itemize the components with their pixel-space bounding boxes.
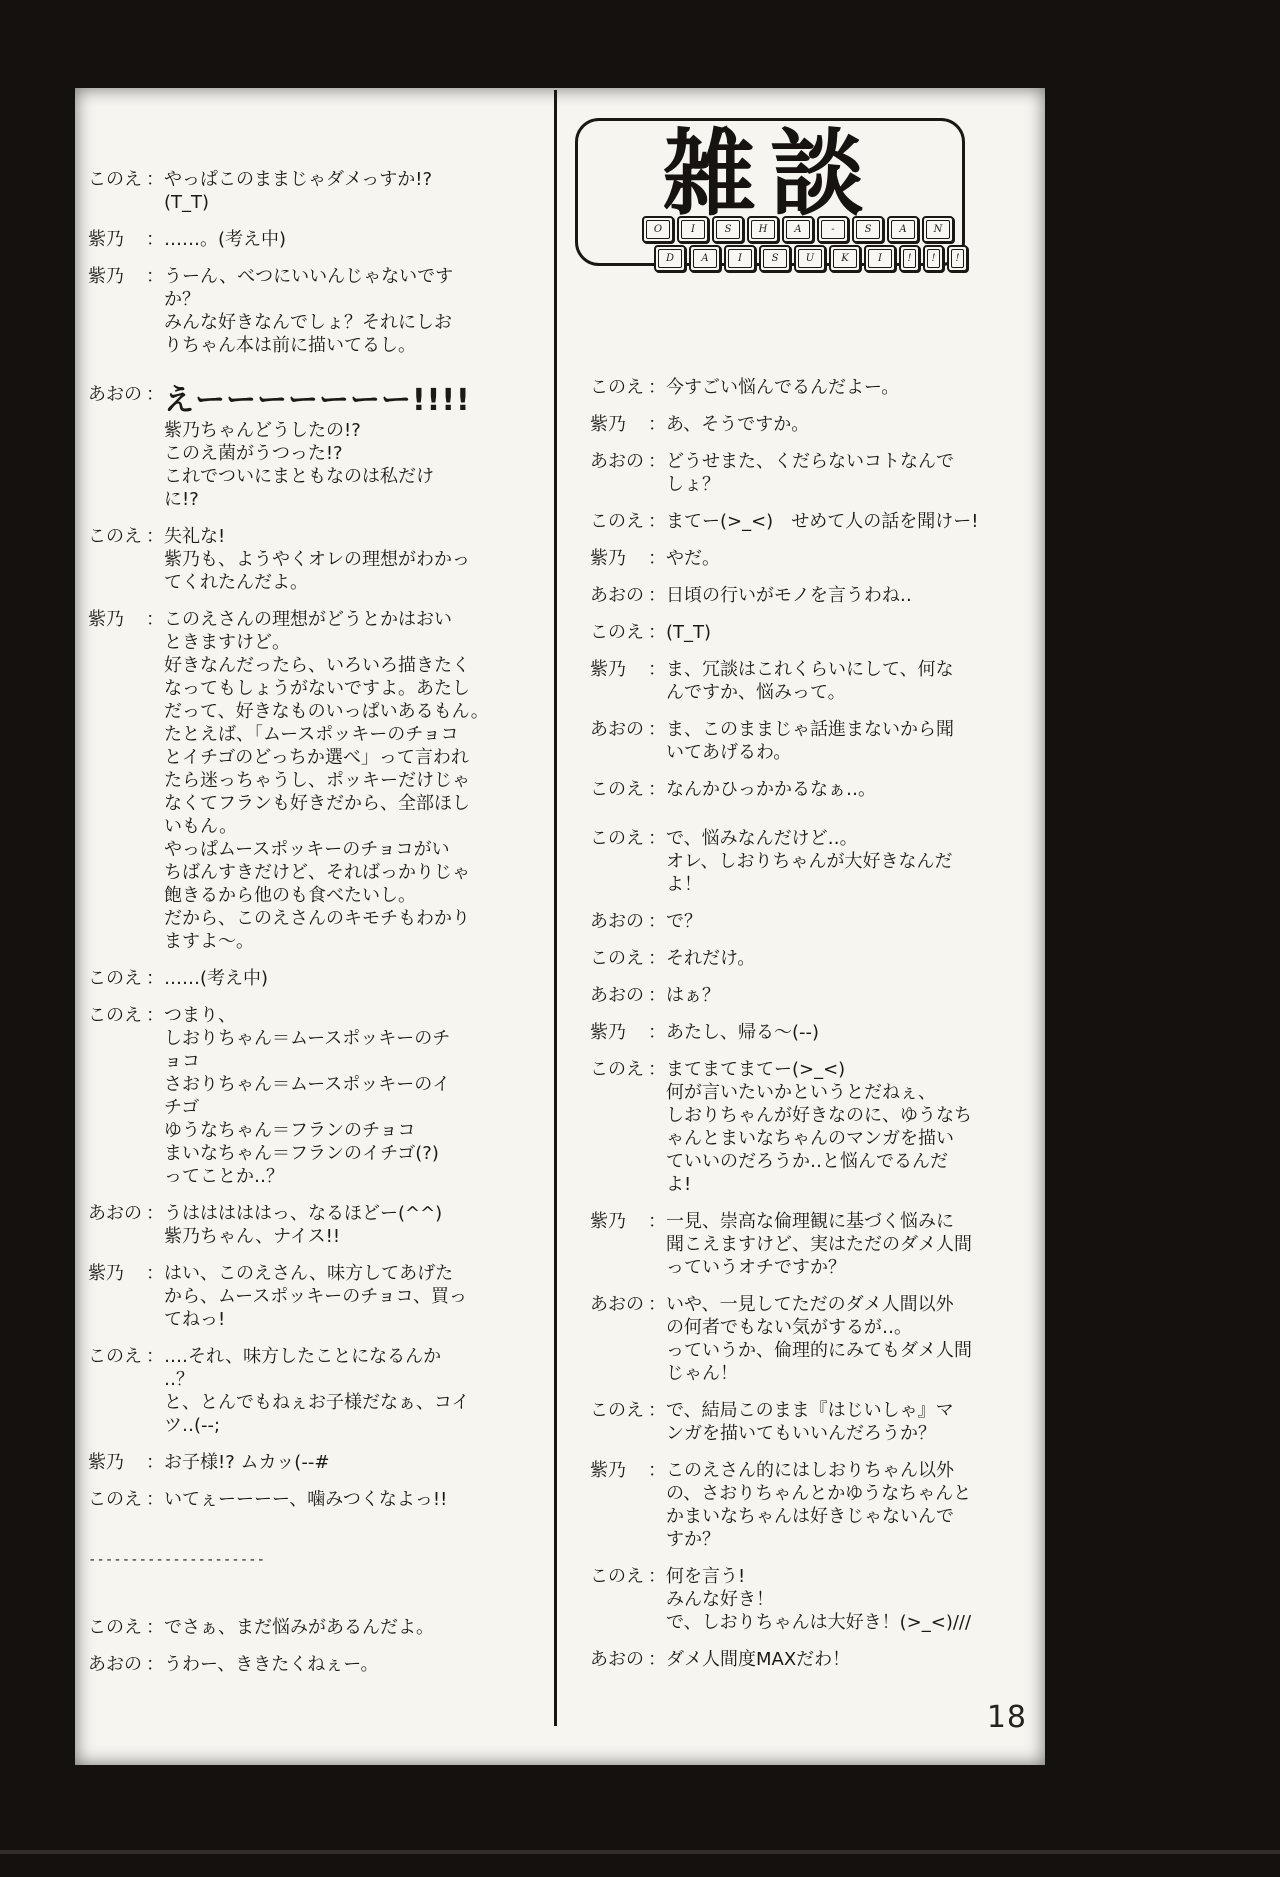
speaker-name: 紫乃 — [88, 608, 146, 953]
dialogue-line: しょ？ — [666, 473, 1045, 496]
speaker-colon: ： — [648, 718, 666, 764]
dialogue-text: ま、このままじゃ話進まないから聞いてあげるわ。 — [666, 718, 1045, 764]
dialogue-line: っていうか、倫理的にみてもダメ人間 — [666, 1339, 1045, 1362]
dialogue-line: じゃん！ — [666, 1362, 1045, 1385]
dialogue-text: いてぇーーーー、噛みつくなよっ!! — [164, 1488, 543, 1511]
speaker-name: このえ — [88, 1488, 146, 1511]
dialogue-entry: あおの：えーーーーーーー!!!!紫乃ちゃんどうしたの!?このえ菌がうつった!?こ… — [88, 383, 543, 511]
dialogue-entry: 紫乃：……。(考え中) — [88, 228, 543, 251]
keycap-icon: A — [887, 216, 919, 243]
keycap-icon: ! — [899, 245, 920, 272]
dialogue-text: うーん、べつにいいんじゃないですか？みんな好きなんでしょ？それにしおりちゃん本は… — [164, 265, 543, 357]
dialogue-text: 日頃の行いがモノを言うわね‥ — [666, 584, 1045, 607]
dialogue-entry: 紫乃：あ、そうですか。 — [590, 413, 1045, 436]
speaker-colon: ： — [648, 1210, 666, 1279]
speaker-colon: ： — [146, 1653, 164, 1676]
speaker-name: このえ — [590, 1399, 648, 1445]
dialogue-entry: あおの：うはははははっ、なるほどー(^^)紫乃ちゃん、ナイス!! — [88, 1202, 543, 1248]
keycap-icon: A — [782, 216, 814, 243]
dialogue-line: ますよ～。 — [164, 930, 543, 953]
dialogue-text: で、悩みなんだけど‥。オレ、しおりちゃんが大好きなんだよ！ — [666, 827, 1045, 896]
dialogue-text: あたし、帰る～(--) — [666, 1021, 1045, 1044]
keycap-icon: U — [794, 245, 826, 272]
dialogue-text: なんかひっかかるなぁ‥。 — [666, 778, 1045, 801]
keycap-letter: O — [646, 220, 670, 239]
speaker-name: このえ — [88, 1345, 146, 1437]
dialogue-line: つまり、 — [164, 1004, 543, 1027]
dialogue-line: ‥‥それ、味方したことになるんか — [164, 1345, 543, 1368]
keycap-letter: I — [868, 249, 892, 268]
speaker-name: 紫乃 — [88, 228, 146, 251]
dialogue-entry: 紫乃：お子様!? ムカッ(--# — [88, 1451, 543, 1474]
speaker-colon: ： — [146, 1202, 164, 1248]
speaker-name: あおの — [590, 910, 648, 933]
dialogue-line: 日頃の行いがモノを言うわね‥ — [666, 584, 1045, 607]
keycap-letter: A — [693, 249, 717, 268]
speaker-name: このえ — [590, 1565, 648, 1634]
speaker-name: 紫乃 — [590, 1459, 648, 1551]
dialogue-line: で、結局このまま『はじいしゃ』マ — [666, 1399, 1045, 1422]
dialogue-line: 飽きるから他のも食べたいし。 — [164, 884, 543, 907]
dialogue-line: に!? — [164, 488, 543, 511]
dialogue-line: と、とんでもねぇお子様だなぁ、コイ — [164, 1391, 543, 1414]
page-number: 18 — [987, 1700, 1027, 1735]
speaker-name: あおの — [88, 383, 146, 511]
keycap-icon: - — [817, 216, 849, 243]
speaker-name: 紫乃 — [590, 547, 648, 570]
zatsudan-title-box: 雑談 OISHA-SANDAISUKI!!! — [575, 118, 965, 266]
speaker-colon: ： — [146, 1345, 164, 1437]
dialogue-text: はぁ？ — [666, 984, 1045, 1007]
dialogue-line: ときますけど。 — [164, 631, 543, 654]
speaker-colon: ： — [648, 910, 666, 933]
dialogue-line: 紫乃ちゃんどうしたの!? — [164, 419, 543, 442]
speaker-name: このえ — [590, 510, 648, 533]
speaker-name: あおの — [590, 1648, 648, 1671]
dialogue-line: で、しおりちゃんは大好き！(>_<)/// — [666, 1611, 1045, 1634]
dialogue-text: このえさんの理想がどうとかはおいときますけど。好きなんだったら、いろいろ描きたく… — [164, 608, 543, 953]
speaker-name: 紫乃 — [590, 658, 648, 704]
dialogue-line: ‥？ — [164, 1368, 543, 1391]
speaker-name: このえ — [590, 376, 648, 399]
dialogue-line: ンガを描いてもいいんだろうか？ — [666, 1422, 1045, 1445]
speaker-colon: ： — [146, 967, 164, 990]
dialogue-line: いや、一見してただのダメ人間以外 — [666, 1293, 1045, 1316]
speaker-name: 紫乃 — [590, 413, 648, 436]
dialogue-entry: 紫乃：このえさん的にはしおりちゃん以外の、さおりちゃんとかゆうなちゃんとかまいな… — [590, 1459, 1045, 1551]
keycap-letter: ! — [903, 249, 916, 268]
dialogue-line: このえさん的にはしおりちゃん以外 — [666, 1459, 1045, 1482]
dialogue-text: で、結局このまま『はじいしゃ』マンガを描いてもいいんだろうか？ — [666, 1399, 1045, 1445]
dialogue-entry: このえ：なんかひっかかるなぁ‥。 — [590, 778, 1045, 801]
dialogue-text: お子様!? ムカッ(--# — [164, 1451, 543, 1474]
dialogue-line: よ！ — [666, 873, 1045, 896]
dialogue-line: まいなちゃん＝フランのイチゴ(?) — [164, 1142, 543, 1165]
keycap-letter: I — [681, 220, 705, 239]
dialogue-entry: 紫乃：あたし、帰る～(--) — [590, 1021, 1045, 1044]
dialogue-line: ていいのだろうか‥と悩んでるんだ — [666, 1150, 1045, 1173]
speaker-name: このえ — [88, 168, 146, 214]
dialogue-entry: このえ：……(考え中) — [88, 967, 543, 990]
dialogue-text: このえさん的にはしおりちゃん以外の、さおりちゃんとかゆうなちゃんとかまいなちゃん… — [666, 1459, 1045, 1551]
dialogue-entry: このえ：失礼な!紫乃も、ようやくオレの理想がわかってくれたんだよ。 — [88, 525, 543, 594]
speaker-colon: ： — [648, 1021, 666, 1044]
dialogue-line: それだけ。 — [666, 947, 1045, 970]
zatsudan-title-text: 雑談 — [578, 128, 962, 222]
keycap-icon: I — [677, 216, 709, 243]
speaker-colon: ： — [146, 265, 164, 357]
speaker-colon: ： — [146, 608, 164, 953]
speaker-name: あおの — [590, 1293, 648, 1385]
speaker-name: このえ — [88, 967, 146, 990]
dialogue-line: 好きなんだったら、いろいろ描きたく — [164, 654, 543, 677]
dialogue-text: いや、一見してただのダメ人間以外の何者でもない気がするが‥。っていうか、倫理的に… — [666, 1293, 1045, 1385]
dialogue-entry: このえ：それだけ。 — [590, 947, 1045, 970]
dialogue-line: これでついにまともなのは私だけ — [164, 465, 543, 488]
speaker-colon: ： — [648, 1399, 666, 1445]
keycap-icon: S — [759, 245, 791, 272]
dialogue-line: いてあげるわ。 — [666, 741, 1045, 764]
speaker-name: 紫乃 — [590, 1021, 648, 1044]
dialogue-line: うわー、ききたくねぇー。 — [164, 1653, 543, 1676]
speaker-colon: ： — [146, 525, 164, 594]
dialogue-exclamation-text: えーーーーーーー!!!! — [164, 383, 543, 419]
dialogue-entry: このえ：でさぁ、まだ悩みがあるんだよ。 — [88, 1616, 543, 1639]
dialogue-line: ……。(考え中) — [164, 228, 543, 251]
dialogue-text: うわー、ききたくねぇー。 — [164, 1653, 543, 1676]
speaker-colon: ： — [146, 1616, 164, 1639]
dialogue-line: 紫乃も、ようやくオレの理想がわかっ — [164, 548, 543, 571]
dialogue-text: どうせまた、くだらないコトなんでしょ？ — [666, 450, 1045, 496]
dialogue-line: みんな好きなんでしょ？それにしお — [164, 311, 543, 334]
dialogue-line: でさぁ、まだ悩みがあるんだよ。 — [164, 1616, 543, 1639]
speaker-colon: ： — [648, 413, 666, 436]
keycap-icon: I — [864, 245, 896, 272]
dialogue-text: ‥‥それ、味方したことになるんか‥？と、とんでもねぇお子様だなぁ、コイツ‥(--… — [164, 1345, 543, 1437]
dialogue-entry: あおの：どうせまた、くだらないコトなんでしょ？ — [590, 450, 1045, 496]
dialogue-entry: このえ：‥‥それ、味方したことになるんか‥？と、とんでもねぇお子様だなぁ、コイツ… — [88, 1345, 543, 1437]
dialogue-line: 紫乃ちゃん、ナイス!! — [164, 1225, 543, 1248]
dialogue-text: で？ — [666, 910, 1045, 933]
dialogue-text: 何を言う!みんな好き！で、しおりちゃんは大好き！(>_<)/// — [666, 1565, 1045, 1634]
dialogue-line: で、悩みなんだけど‥。 — [666, 827, 1045, 850]
keycap-letter: S — [856, 220, 880, 239]
keycap-icon: S — [712, 216, 744, 243]
dialogue-line: 何が言いたいかというとだねぇ、 — [666, 1081, 1045, 1104]
dialogue-line: てくれたんだよ。 — [164, 571, 543, 594]
speaker-colon: ： — [648, 1648, 666, 1671]
dialogue-text: 一見、崇高な倫理観に基づく悩みに聞こえますけど、実はただのダメ人間っていうオチで… — [666, 1210, 1045, 1279]
speaker-colon: ： — [648, 984, 666, 1007]
dialogue-line: はい、このえさん、味方してあげた — [164, 1262, 543, 1285]
speaker-colon: ： — [648, 1565, 666, 1634]
keycap-letter: K — [833, 249, 857, 268]
speaker-colon: ： — [648, 510, 666, 533]
dialogue-line: なんかひっかかるなぁ‥。 — [666, 778, 1045, 801]
keycap-letter: N — [926, 220, 950, 239]
dialogue-line: やだ。 — [666, 547, 1045, 570]
speaker-name: このえ — [88, 525, 146, 594]
dialogue-entry: あおの：日頃の行いがモノを言うわね‥ — [590, 584, 1045, 607]
keycap-letter: U — [798, 249, 822, 268]
dialogue-line: しおりちゃんが好きなのに、ゆうなち — [666, 1104, 1045, 1127]
keycap-letter: ! — [927, 249, 940, 268]
dialogue-line: ゃんとまいなちゃんのマンガを描い — [666, 1127, 1045, 1150]
keycap-letter: S — [763, 249, 787, 268]
speaker-colon: ： — [648, 947, 666, 970]
dialogue-entry: このえ：今すごい悩んでるんだよー。 — [590, 376, 1045, 399]
dialogue-line: りちゃん本は前に描いてるし。 — [164, 334, 543, 357]
dialogue-line: みんな好き！ — [666, 1588, 1045, 1611]
speaker-name: あおの — [590, 984, 648, 1007]
dialogue-line: あ、そうですか。 — [666, 413, 1045, 436]
dialogue-line: 何を言う! — [666, 1565, 1045, 1588]
dialogue-entry: あおの：うわー、ききたくねぇー。 — [88, 1653, 543, 1676]
dialogue-line: んですか、悩みって。 — [666, 681, 1045, 704]
dialogue-line: っていうオチですか？ — [666, 1256, 1045, 1279]
dialogue-entry: 紫乃：一見、崇高な倫理観に基づく悩みに聞こえますけど、実はただのダメ人間っていう… — [590, 1210, 1045, 1279]
keycap-letter: ! — [951, 249, 964, 268]
speaker-name: このえ — [590, 778, 648, 801]
key-row: DAISUKI!!! — [584, 245, 968, 272]
dialogue-line: ダメ人間度MAXだわ！ — [666, 1648, 1045, 1671]
dialogue-line: から、ムースポッキーのチョコ、買っ — [164, 1285, 543, 1308]
speaker-name: あおの — [590, 718, 648, 764]
speaker-colon: ： — [146, 228, 164, 251]
keycap-letter: D — [658, 249, 682, 268]
dialogue-line: さおりちゃん＝ムースポッキーのイ — [164, 1073, 543, 1096]
dialogue-line: だって、好きなものいっぱいあるもん。 — [164, 700, 543, 723]
keycap-icon: K — [829, 245, 861, 272]
doujin-scan-page: 雑談 OISHA-SANDAISUKI!!! このえ：やっぱこのままじゃダメっす… — [75, 88, 1045, 1765]
keycap-letter: H — [751, 220, 775, 239]
dialogue-text: それだけ。 — [666, 947, 1045, 970]
speaker-colon: ： — [648, 621, 666, 644]
keycap-icon: N — [922, 216, 954, 243]
dialogue-text: つまり、しおりちゃん＝ムースポッキーのチョコさおりちゃん＝ムースポッキーのイチゴ… — [164, 1004, 543, 1188]
dialogue-line: いてぇーーーー、噛みつくなよっ!! — [164, 1488, 543, 1511]
dialogue-line: (T_T) — [164, 191, 543, 214]
dialogue-line: いもん。 — [164, 815, 543, 838]
speaker-name: あおの — [590, 584, 648, 607]
dialogue-text: ……。(考え中) — [164, 228, 543, 251]
dialogue-entry: このえ：いてぇーーーー、噛みつくなよっ!! — [88, 1488, 543, 1511]
keycap-letter: - — [821, 220, 845, 239]
dialogue-entry: あおの：で？ — [590, 910, 1045, 933]
dialogue-entry: あおの：ま、このままじゃ話進まないから聞いてあげるわ。 — [590, 718, 1045, 764]
speaker-colon: ： — [146, 1262, 164, 1331]
dialogue-line: なくてフランも好きだから、全部ほし — [164, 792, 543, 815]
speaker-name: 紫乃 — [88, 265, 146, 357]
dialogue-line: てねっ! — [164, 1308, 543, 1331]
dialogue-text: (T_T) — [666, 621, 1045, 644]
dialogue-line: はぁ？ — [666, 984, 1045, 1007]
speaker-name: 紫乃 — [88, 1262, 146, 1331]
speaker-name: このえ — [88, 1616, 146, 1639]
dialogue-line: よ! — [666, 1173, 1045, 1196]
dashed-separator: --------------------- — [88, 1549, 543, 1572]
speaker-colon: ： — [146, 1451, 164, 1474]
dialogue-text: まてー(>_<) せめて人の話を聞けー! — [666, 510, 1045, 533]
speaker-name: このえ — [590, 827, 648, 896]
keycap-icon: S — [852, 216, 884, 243]
dialogue-line: オレ、しおりちゃんが大好きなんだ — [666, 850, 1045, 873]
keycap-letter: S — [716, 220, 740, 239]
dialogue-text: でさぁ、まだ悩みがあるんだよ。 — [164, 1616, 543, 1639]
dialogue-entry: 紫乃：やだ。 — [590, 547, 1045, 570]
dialogue-entry: あおの：はぁ？ — [590, 984, 1045, 1007]
keycap-icon: ! — [923, 245, 944, 272]
dialogue-entry: このえ：で、結局このまま『はじいしゃ』マンガを描いてもいいんだろうか？ — [590, 1399, 1045, 1445]
dialogue-line: チゴ — [164, 1096, 543, 1119]
dialogue-entry: このえ：(T_T) — [590, 621, 1045, 644]
dialogue-line: かまいなちゃんは好きじゃないんで — [666, 1505, 1045, 1528]
dialogue-text: ダメ人間度MAXだわ！ — [666, 1648, 1045, 1671]
dialogue-line: しおりちゃん＝ムースポッキーのチ — [164, 1027, 543, 1050]
dialogue-line: ゆうなちゃん＝フランのチョコ — [164, 1119, 543, 1142]
dialogue-entry: 紫乃：ま、冗談はこれくらいにして、何なんですか、悩みって。 — [590, 658, 1045, 704]
key-row: OISHA-SAN — [578, 216, 962, 243]
keycap-letter: A — [891, 220, 915, 239]
dialogue-entry: このえ：まてー(>_<) せめて人の話を聞けー! — [590, 510, 1045, 533]
speaker-colon: ： — [648, 1058, 666, 1196]
dialogue-line: うはははははっ、なるほどー(^^) — [164, 1202, 543, 1225]
dialogue-line: ま、冗談はこれくらいにして、何な — [666, 658, 1045, 681]
dialogue-line: うーん、べつにいいんじゃないです — [164, 265, 543, 288]
dialogue-line: ちばんすきだけど、そればっかりじゃ — [164, 861, 543, 884]
dialogue-line: で？ — [666, 910, 1045, 933]
dialogue-text: うはははははっ、なるほどー(^^)紫乃ちゃん、ナイス!! — [164, 1202, 543, 1248]
dialogue-line: とイチゴのどっちか選べ」って言われ — [164, 746, 543, 769]
keycap-icon: O — [642, 216, 674, 243]
dialogue-line: このえ菌がうつった!? — [164, 442, 543, 465]
dialogue-text: やっぱこのままじゃダメっすか!?(T_T) — [164, 168, 543, 214]
speaker-colon: ： — [648, 450, 666, 496]
dialogue-line: ってことか‥？ — [164, 1165, 543, 1188]
dialogue-entry: このえ：つまり、しおりちゃん＝ムースポッキーのチョコさおりちゃん＝ムースポッキー… — [88, 1004, 543, 1188]
dialogue-entry: このえ：で、悩みなんだけど‥。オレ、しおりちゃんが大好きなんだよ！ — [590, 827, 1045, 896]
scan-artifact-line — [0, 1850, 1280, 1854]
speaker-colon: ： — [648, 658, 666, 704]
speaker-colon: ： — [648, 584, 666, 607]
dialogue-text: ……(考え中) — [164, 967, 543, 990]
dialogue-line: (T_T) — [666, 621, 1045, 644]
dialogue-entry: このえ：まてまてまてー(>_<)何が言いたいかというとだねぇ、しおりちゃんが好き… — [590, 1058, 1045, 1196]
speaker-name: このえ — [590, 1058, 648, 1196]
speaker-name: このえ — [590, 621, 648, 644]
speaker-name: このえ — [590, 947, 648, 970]
dialogue-line: お子様!? ムカッ(--# — [164, 1451, 543, 1474]
dialogue-line: だから、このえさんのキモチもわかり — [164, 907, 543, 930]
dialogue-line: たとえば、「ムースポッキーのチョコ — [164, 723, 543, 746]
speaker-colon: ： — [146, 383, 164, 511]
speaker-colon: ： — [648, 1293, 666, 1385]
speaker-name: このえ — [88, 1004, 146, 1188]
dialogue-line: このえさんの理想がどうとかはおい — [164, 608, 543, 631]
dialogue-text: 失礼な!紫乃も、ようやくオレの理想がわかってくれたんだよ。 — [164, 525, 543, 594]
dialogue-line: やっぱムースポッキーのチョコがい — [164, 838, 543, 861]
dialogue-line: か？ — [164, 288, 543, 311]
dialogue-text: あ、そうですか。 — [666, 413, 1045, 436]
dialogue-line: まてまてまてー(>_<) — [666, 1058, 1045, 1081]
keycap-icon: H — [747, 216, 779, 243]
speaker-name: 紫乃 — [88, 1451, 146, 1474]
dialogue-text: はい、このえさん、味方してあげたから、ムースポッキーのチョコ、買ってねっ! — [164, 1262, 543, 1331]
speaker-colon: ： — [146, 1004, 164, 1188]
dialogue-line: の何者でもない気がするが‥。 — [666, 1316, 1045, 1339]
dialogue-entry: 紫乃：このえさんの理想がどうとかはおいときますけど。好きなんだったら、いろいろ描… — [88, 608, 543, 953]
dialogue-line: 一見、崇高な倫理観に基づく悩みに — [666, 1210, 1045, 1233]
dialogue-entry: 紫乃：うーん、べつにいいんじゃないですか？みんな好きなんでしょ？それにしおりちゃ… — [88, 265, 543, 357]
keycap-icon: D — [654, 245, 686, 272]
dialogue-line: の、さおりちゃんとかゆうなちゃんと — [666, 1482, 1045, 1505]
dialogue-line: ツ‥(--; — [164, 1414, 543, 1437]
keyboard-keys-decoration: OISHA-SANDAISUKI!!! — [578, 216, 962, 272]
dialogue-line: すか？ — [666, 1528, 1045, 1551]
dialogue-entry: あおの：ダメ人間度MAXだわ！ — [590, 1648, 1045, 1671]
dialogue-line: あたし、帰る～(--) — [666, 1021, 1045, 1044]
dialogue-line: まてー(>_<) せめて人の話を聞けー! — [666, 510, 1045, 533]
right-dialogue-column: このえ：今すごい悩んでるんだよー。紫乃：あ、そうですか。あおの：どうせまた、くだ… — [590, 376, 1045, 1685]
speaker-colon: ： — [648, 547, 666, 570]
keycap-icon: A — [689, 245, 721, 272]
left-dialogue-column: このえ：やっぱこのままじゃダメっすか!?(T_T)紫乃：……。(考え中)紫乃：う… — [88, 168, 543, 1690]
dialogue-line: ま、このままじゃ話進まないから聞 — [666, 718, 1045, 741]
column-divider-line — [554, 90, 557, 1726]
dialogue-text: ま、冗談はこれくらいにして、何なんですか、悩みって。 — [666, 658, 1045, 704]
dialogue-entry: このえ：やっぱこのままじゃダメっすか!?(T_T) — [88, 168, 543, 214]
keycap-letter: A — [786, 220, 810, 239]
speaker-colon: ： — [648, 778, 666, 801]
dialogue-line: たら迷っちゃうし、ポッキーだけじゃ — [164, 769, 543, 792]
speaker-colon: ： — [648, 827, 666, 896]
keycap-letter: I — [728, 249, 752, 268]
dialogue-text: えーーーーーーー!!!!紫乃ちゃんどうしたの!?このえ菌がうつった!?これでつい… — [164, 383, 543, 511]
dialogue-entry: 紫乃：はい、このえさん、味方してあげたから、ムースポッキーのチョコ、買ってねっ! — [88, 1262, 543, 1331]
dialogue-text: やだ。 — [666, 547, 1045, 570]
speaker-name: あおの — [88, 1202, 146, 1248]
keycap-icon: ! — [947, 245, 968, 272]
speaker-colon: ： — [648, 376, 666, 399]
dialogue-line: ョコ — [164, 1050, 543, 1073]
dialogue-text: 今すごい悩んでるんだよー。 — [666, 376, 1045, 399]
speaker-colon: ： — [146, 168, 164, 214]
dialogue-line: どうせまた、くだらないコトなんで — [666, 450, 1045, 473]
speaker-colon: ： — [146, 1488, 164, 1511]
dialogue-line: 聞こえますけど、実はただのダメ人間 — [666, 1233, 1045, 1256]
keycap-icon: I — [724, 245, 756, 272]
dialogue-line: やっぱこのままじゃダメっすか!? — [164, 168, 543, 191]
dialogue-entry: このえ：何を言う!みんな好き！で、しおりちゃんは大好き！(>_<)/// — [590, 1565, 1045, 1634]
dialogue-line: ……(考え中) — [164, 967, 543, 990]
speaker-name: あおの — [88, 1653, 146, 1676]
dialogue-line: なってもしょうがないですよ。あたし — [164, 677, 543, 700]
dialogue-line: 失礼な! — [164, 525, 543, 548]
speaker-colon: ： — [648, 1459, 666, 1551]
dialogue-text: まてまてまてー(>_<)何が言いたいかというとだねぇ、しおりちゃんが好きなのに、… — [666, 1058, 1045, 1196]
speaker-name: あおの — [590, 450, 648, 496]
speaker-name: 紫乃 — [590, 1210, 648, 1279]
dialogue-entry: あおの：いや、一見してただのダメ人間以外の何者でもない気がするが‥。っていうか、… — [590, 1293, 1045, 1385]
dialogue-line: 今すごい悩んでるんだよー。 — [666, 376, 1045, 399]
